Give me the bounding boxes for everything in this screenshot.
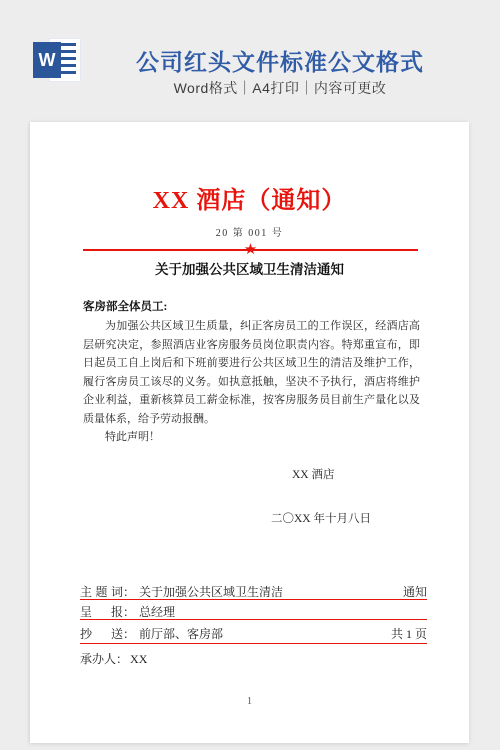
meta-label: 呈报	[80, 603, 123, 620]
body-paragraph: 为加强公共区域卫生质量，纠正客房员工的工作误区，经酒店高层研究决定，参照酒店业客…	[83, 317, 420, 428]
word-icon-letter: W	[33, 42, 61, 78]
notice-body: 为加强公共区域卫生质量，纠正客房员工的工作误区，经酒店高层研究决定，参照酒店业客…	[83, 317, 420, 447]
star-icon: ★	[244, 241, 257, 257]
meta-colon: ：	[123, 603, 135, 620]
salutation: 客房部全体员工:	[83, 298, 167, 314]
meta-label: 抄送	[80, 625, 123, 642]
document-meta-block: 主题词：关于加强公共区域卫生清洁 通知 呈报：总经理 抄送：前厅部、客房部 共 …	[80, 580, 427, 668]
meta-row-subject-words: 主题词：关于加强公共区域卫生清洁 通知	[80, 580, 427, 600]
document-page: XX 酒店（通知） 20 第 001 号 ★ 关于加强公共区域卫生清洁通知 客房…	[30, 122, 469, 743]
meta-row-report-to: 呈报：总经理	[80, 600, 427, 620]
meta-value: 关于加强公共区域卫生清洁	[139, 583, 283, 600]
meta-colon: ：	[123, 583, 135, 600]
red-divider-line: ★	[83, 249, 418, 251]
notice-subject-title: 关于加强公共区域卫生清洁通知	[30, 258, 469, 278]
handler-value: XX	[130, 652, 147, 667]
document-number: 20 第 001 号	[30, 224, 469, 239]
meta-value: 前厅部、客房部	[139, 625, 223, 642]
meta-value: 总经理	[139, 603, 175, 620]
meta-right-text: 共 1 页	[391, 625, 427, 642]
page-number: 1	[30, 696, 469, 707]
template-subtitle: Word格式｜A4打印｜内容可更改	[85, 78, 475, 98]
meta-row-copy-to: 抄送：前厅部、客房部 共 1 页	[80, 620, 427, 644]
signature: XX 酒店	[292, 466, 335, 482]
meta-right-text: 通知	[403, 583, 427, 600]
template-header: W 公司红头文件标准公文格式 Word格式｜A4打印｜内容可更改	[0, 0, 500, 122]
signature-date: 二〇XX 年十月八日	[271, 510, 371, 526]
handler-label: 承办人	[80, 650, 116, 667]
closing-statement: 特此声明！	[83, 428, 420, 447]
meta-row-handler: 承办人：XX	[80, 650, 427, 668]
meta-colon: ：	[123, 625, 135, 642]
word-icon: W	[33, 37, 83, 83]
meta-colon: ：	[116, 650, 128, 667]
meta-label: 主题词	[80, 583, 123, 600]
letterhead-title: XX 酒店（通知）	[30, 180, 469, 215]
template-title: 公司红头文件标准公文格式	[85, 44, 475, 77]
